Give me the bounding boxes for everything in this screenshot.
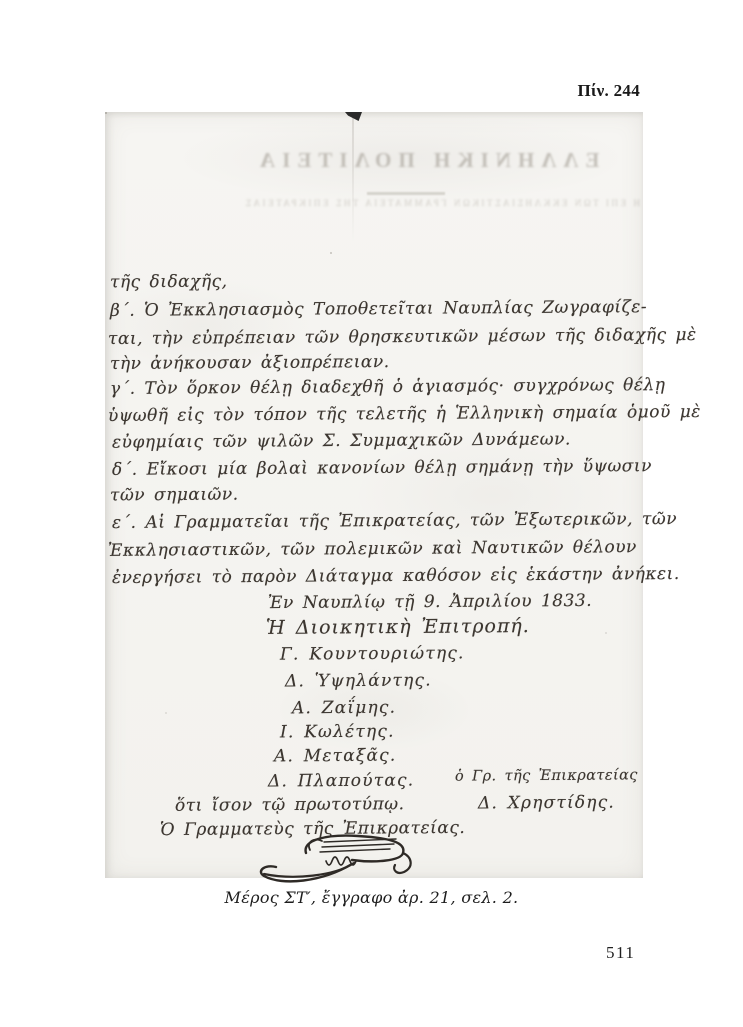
manuscript-line: τῆς διδαχῆς, [110,272,228,293]
manuscript-line: Ἐν Ναυπλίῳ τῇ 9. Ἀπριλίου 1833. [268,591,592,613]
manuscript-line: τὴν ἀνήκουσαν ἀξιοπρέπειαν. [110,352,390,374]
manuscript-line: εὐφημίαις τῶν ψιλῶν Σ. Συμμαχικῶν Δυνάμε… [112,429,571,452]
figure-caption: Μέρος ΣΤ′, ἔγγραφο ἀρ. 21, σελ. 2. [0,888,743,907]
manuscript-line: β΄. Ὁ Ἐκκλησιασμὸς Τοποθετεῖται Ναυπλίας… [110,297,647,321]
manuscript-line: ε΄. Αἱ Γραμματεῖαι τῆς Ἐπικρατείας, τῶν … [112,509,677,533]
book-page: { "page": { "plate_label": "Πίν. 244", "… [0,0,743,1027]
manuscript-line: Ἡ Διοικητικὴ Ἐπιτροπή. [266,615,530,639]
manuscript-line: ὅτι ἴσον τῷ πρωτοτύπῳ. [175,794,405,816]
manuscript-line: δ΄. Εἴκοσι μία βολαὶ κανονίων θέλῃ σημάν… [112,456,652,480]
manuscript-line: Δ. Χρηστίδης. [478,793,615,814]
secretary-signature-flourish [252,830,430,884]
manuscript-line: ὑψωθῆ εἰς τὸν τόπον τῆς τελετῆς ἡ Ἑλληνι… [108,402,701,426]
manuscript-line: γ΄. Τὸν ὅρκον θέλῃ διαδεχθῆ ὁ ἁγιασμός· … [110,375,666,399]
manuscript-line: Α. Ζαΐμης. [292,698,396,719]
manuscript-line: Δ. Πλαπούτας. [268,770,414,791]
manuscript-line: Ι. Κωλέτης. [280,722,395,743]
manuscript-line: ἐνεργήσει τὸ παρὸν Διάταγμα καθόσον εἰς … [112,564,680,588]
manuscript-line: Δ. Ὑψηλάντης. [285,670,432,691]
manuscript-line: ται, τὴν εὐπρέπειαν τῶν θρησκευτικῶν μέσ… [108,325,697,349]
manuscript-line: Ἐκκλησιαστικῶν, τῶν πολεμικῶν καὶ Ναυτικ… [108,537,637,561]
page-number: 511 [606,943,635,963]
manuscript-line: Α. Μεταξᾶς. [274,746,397,767]
manuscript-line: Γ. Κουντουριώτης. [280,643,465,664]
manuscript-line: τῶν σημαιῶν. [110,485,239,506]
manuscript-line: ὁ Γρ. τῆς Ἐπικρατείας [455,767,638,784]
